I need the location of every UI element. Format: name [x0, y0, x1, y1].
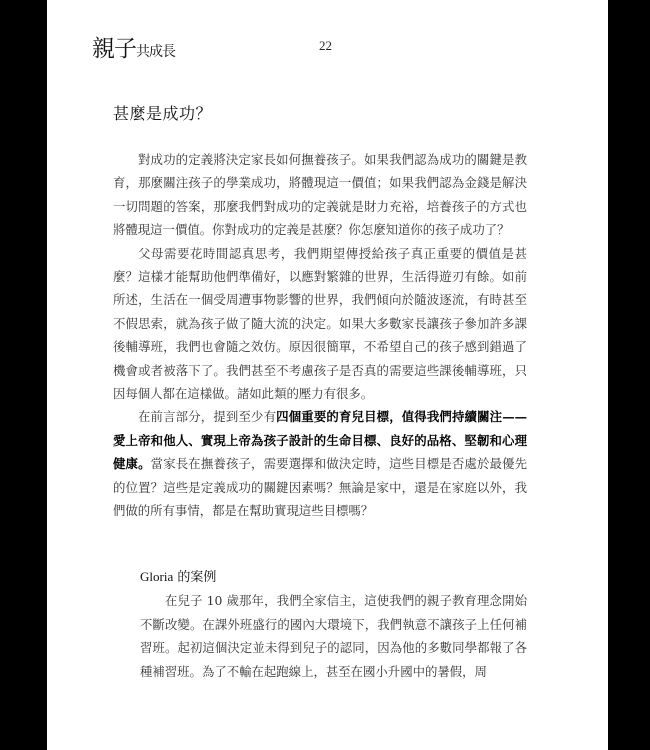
case-study-heading-name: Gloria	[140, 569, 173, 584]
body-text: 對成功的定義將決定家長如何撫養孩子。如果我們認為成功的關鍵是教育，那麼關注孩子的…	[113, 148, 527, 523]
header-title-small: 共成長	[136, 44, 175, 60]
paragraph-with-emphasis: 在前言部分，提到至少有四個重要的育兒目標，值得我們持續關注——愛上帝和他人、實現…	[113, 405, 527, 522]
case-study-heading-suffix: 的案例	[173, 570, 216, 585]
paragraph: 父母需要花時間認真思考，我們期望傳授給孩子真正重要的價值是甚麼？這樣才能幫助他們…	[113, 242, 527, 406]
header-title-large: 親子	[92, 36, 136, 62]
section-title: 甚麼是成功？	[113, 101, 212, 124]
paragraph: 在兒子 10 歲那年，我們全家信主，這使我們的親子教育理念開始不斷改變。在課外班…	[140, 589, 527, 683]
page-number: 22	[319, 38, 332, 54]
case-study-heading: Gloria 的案例	[140, 565, 527, 589]
paragraph-text: 在前言部分，提到至少有	[138, 409, 276, 424]
case-study-block: Gloria 的案例 在兒子 10 歲那年，我們全家信主，這使我們的親子教育理念…	[140, 565, 527, 683]
book-page: 親子共成長 22 甚麼是成功？ 對成功的定義將決定家長如何撫養孩子。如果我們認為…	[47, 0, 608, 750]
paragraph: 對成功的定義將決定家長如何撫養孩子。如果我們認為成功的關鍵是教育，那麼關注孩子的…	[113, 148, 527, 242]
running-header-title: 親子共成長	[92, 30, 175, 63]
paragraph-text: 當家長在撫養孩子，需要選擇和做決定時，這些目標是否處於最優先的位置？這些是定義成…	[113, 456, 527, 518]
